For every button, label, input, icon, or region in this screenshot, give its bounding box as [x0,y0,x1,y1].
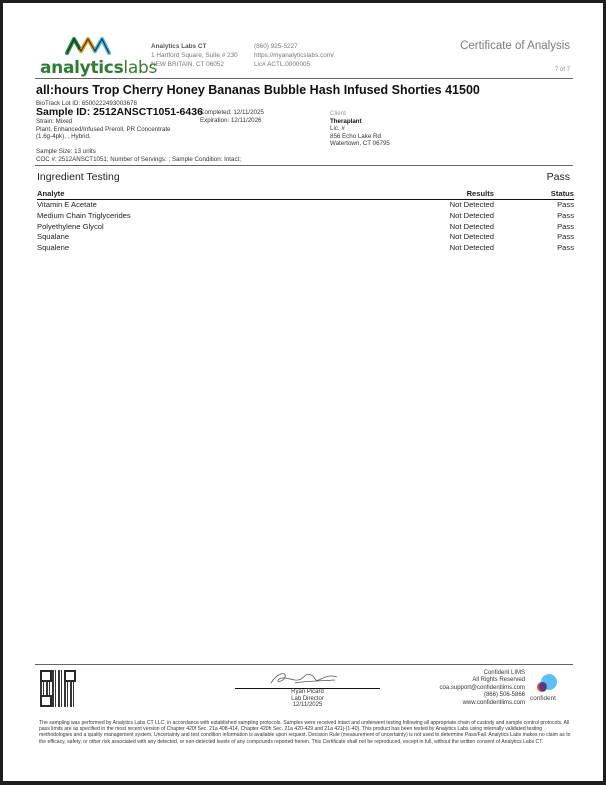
status-cell: Pass [494,243,574,254]
disclaimer-text: The sampling was performed by Analytics … [39,720,571,745]
client-name: Theraplant [330,118,390,126]
confident-logo-icon [530,673,564,695]
product-category: Plant, Enhanced/Infused Preroll, PR Conc… [36,126,171,134]
lims-website-link[interactable]: www.confidentlims.com [440,700,525,707]
lab-contact: (860) 925-5227 https://myanalyticslabs.c… [254,42,334,69]
lab-info: Analytics Labs CT 1 Hartford Square, Sui… [151,42,238,69]
analyte-cell: Vitamin E Acetate [37,200,374,211]
strain: Strain: Mixed [36,118,171,126]
lab-website-link[interactable]: https://myanalyticslabs.com/ [254,51,334,60]
document-title: Certificate of Analysis [460,40,570,52]
signed-date: 12/11/2025 [235,702,380,709]
status-cell: Pass [494,200,574,211]
confident-wordmark: confident [530,695,556,702]
ingredient-results-table: Analyte Results Status Vitamin E Acetate… [37,189,574,254]
footer-divider [35,664,573,665]
section-title: Ingredient Testing [37,171,120,183]
header-divider [35,78,573,79]
client-license: Lic. # [330,125,390,133]
logo-peaks-icon [64,34,124,56]
completed-date: Completed: 12/11/2025 [200,109,264,117]
analyte-cell: Squalane [37,232,374,243]
product-title: all:hours Trop Cherry Honey Bananas Bubb… [36,83,480,97]
status-cell: Pass [494,211,574,222]
lab-address-line1: 1 Hartford Square, Suite # 230 [151,51,238,60]
confident-logo: confident [530,673,564,705]
client-block: Client Theraplant Lic. # 856 Echo Lake R… [330,110,390,148]
client-address-line1: 856 Echo Lake Rd [330,133,390,141]
coa-page: analyticslabs Analytics Labs CT 1 Hartfo… [3,3,603,781]
qr-code-icon[interactable] [40,670,76,707]
sample-id: Sample ID: 2512ANSCT1051-6436 [36,106,203,118]
section-divider [35,165,573,166]
lab-phone: (860) 925-5227 [254,42,334,51]
coc-line: COC #: 2512ANSCT1051; Number of Servings… [36,156,241,164]
sample-dates: Completed: 12/11/2025 Expiration: 12/11/… [200,109,264,124]
lims-name: Confident LIMS [440,670,525,677]
analytics-labs-logo: analyticslabs [40,34,130,80]
sample-details: Strain: Mixed Plant, Enhanced/Infused Pr… [36,118,171,141]
lab-name: Analytics Labs CT [151,42,238,51]
result-cell: Not Detected [374,232,494,243]
client-label: Client [330,110,390,118]
lab-license: Lic# ACTL.0000005 [254,60,334,69]
status-cell: Pass [494,232,574,243]
status-cell: Pass [494,222,574,233]
result-cell: Not Detected [374,222,494,233]
table-row: Polyethylene Glycol Not Detected Pass [37,222,574,233]
table-row: Squalene Not Detected Pass [37,243,574,254]
column-header-status: Status [494,189,574,200]
product-category-detail: (1.6g-4pk), , Hybrid, [36,133,171,141]
logo-word-bold: analytics [40,58,123,78]
sample-size: Sample Size: 13 units [36,148,241,156]
section-overall-status: Pass [547,171,570,183]
lims-rights: All Rights Reserved [440,677,525,684]
result-cell: Not Detected [374,200,494,211]
table-row: Squalane Not Detected Pass [37,232,574,243]
analyte-cell: Polyethylene Glycol [37,222,374,233]
lims-info: Confident LIMS All Rights Reserved coa.s… [440,670,525,707]
table-row: Vitamin E Acetate Not Detected Pass [37,200,574,211]
result-cell: Not Detected [374,243,494,254]
signer-block: Ryan Picard Lab Director 12/11/2025 [235,689,380,709]
table-header-row: Analyte Results Status [37,189,574,200]
column-header-analyte: Analyte [37,189,374,200]
lab-address-line2: NEW BRITAIN, CT 06052 [151,60,238,69]
table-row: Medium Chain Triglycerides Not Detected … [37,211,574,222]
lims-email-link[interactable]: coa.support@confidentlims.com [440,685,525,692]
analyte-cell: Medium Chain Triglycerides [37,211,374,222]
sample-size-block: Sample Size: 13 units COC #: 2512ANSCT10… [36,148,241,163]
lims-phone: (866) 506-5866 [440,692,525,699]
logo-wordmark: analyticslabs [40,58,157,78]
client-address-line2: Watertown, CT 06795 [330,140,390,148]
page-indicator: 7 of 7 [555,67,570,73]
result-cell: Not Detected [374,211,494,222]
column-header-results: Results [374,189,494,200]
analyte-cell: Squalene [37,243,374,254]
signature-icon [265,669,345,689]
expiration-date: Expiration: 12/11/2026 [200,117,264,125]
